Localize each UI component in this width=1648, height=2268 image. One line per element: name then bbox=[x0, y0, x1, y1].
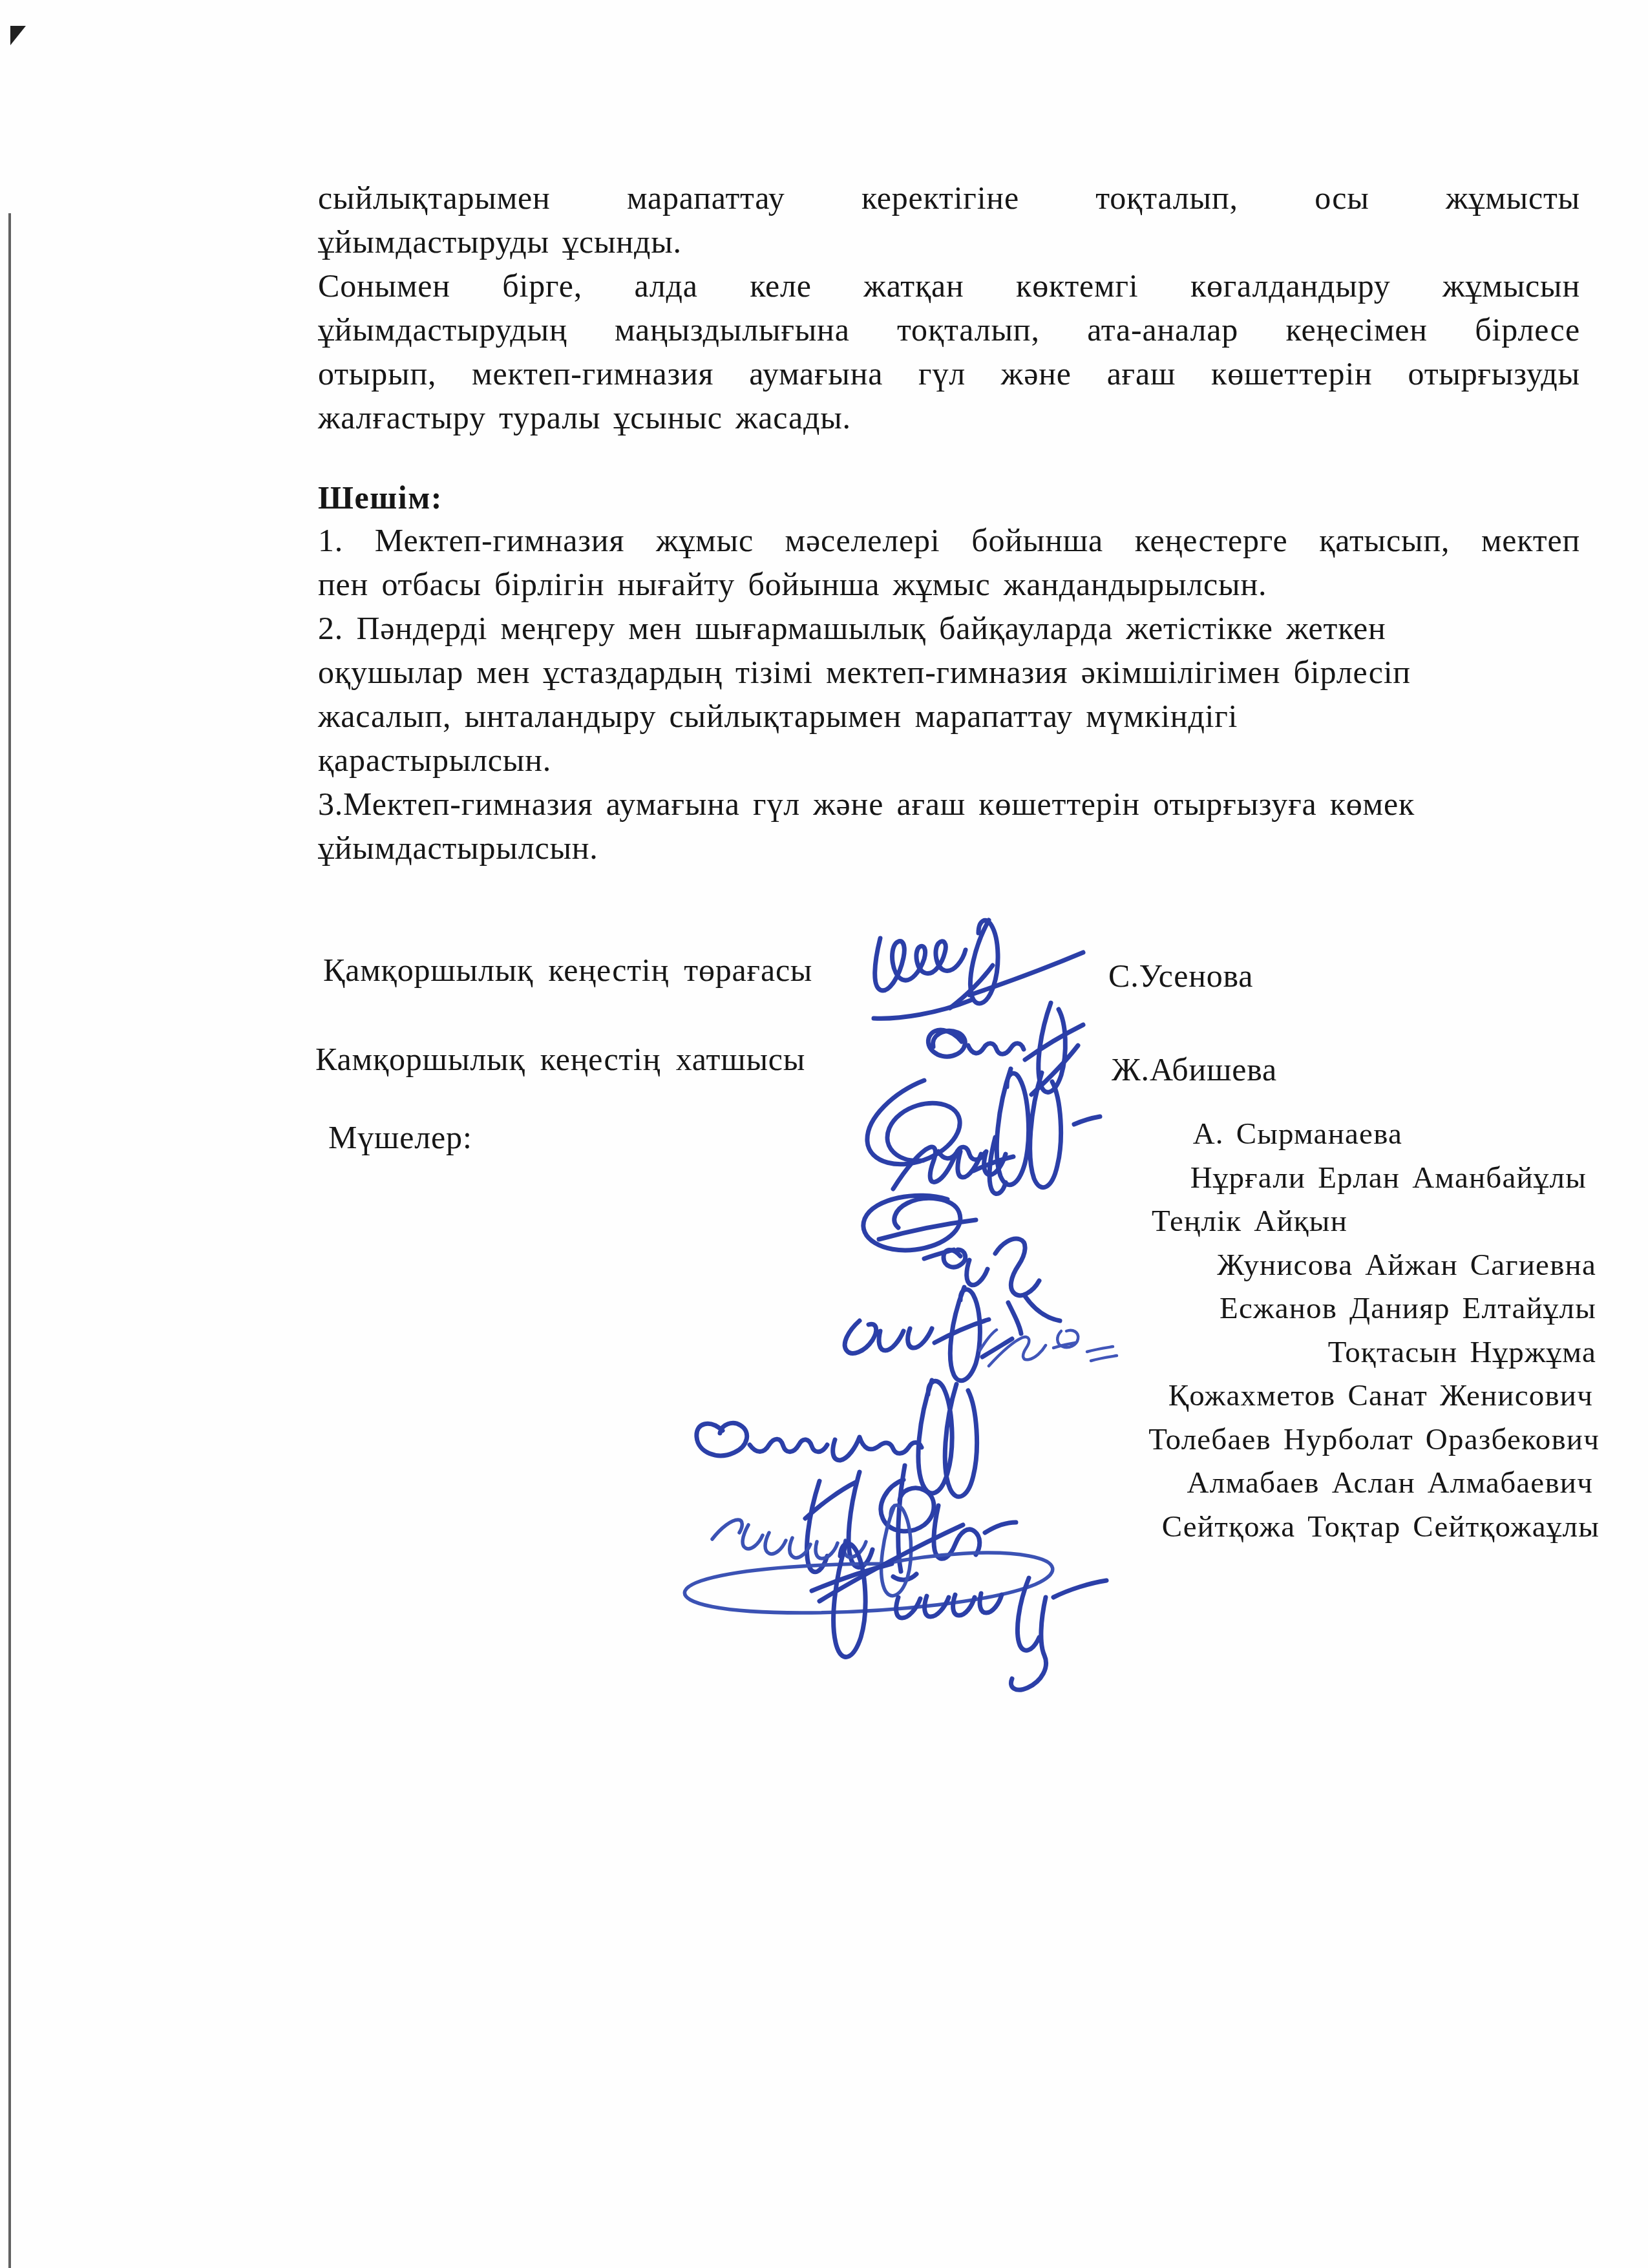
tolebaev-signature-icon bbox=[805, 1465, 1016, 1580]
member-name: Қожахметов Санат Женисович bbox=[1168, 1374, 1593, 1417]
body-line: жалғастыру туралы ұсыныс жасады. bbox=[318, 395, 1580, 439]
member-name: Тоқтасын Нұржұма bbox=[1328, 1331, 1596, 1374]
tenlik-signature-icon bbox=[863, 1195, 976, 1259]
body-line: Сонымен бірге, алда келе жатқан көктемгі… bbox=[318, 264, 1580, 308]
scan-corner-artifact-icon bbox=[10, 26, 26, 45]
toktasyn-signature-icon bbox=[980, 1330, 1117, 1366]
secretary-title: Камқоршылық кеңестің хатшысы bbox=[315, 1037, 805, 1081]
member-name: Толебаев Нурболат Оразбекович bbox=[1148, 1418, 1600, 1461]
decision-line: пен отбасы бірлігін нығайту бойынша жұмы… bbox=[318, 562, 1580, 606]
decision-line: 3.Мектеп-гимназия аумағына гүл және ағаш… bbox=[318, 782, 1580, 826]
chairman-name: С.Усенова bbox=[1108, 954, 1253, 998]
member-name: А. Сырманаева bbox=[1193, 1113, 1402, 1155]
scan-edge-line bbox=[8, 213, 11, 2268]
members-label: Мүшелер: bbox=[328, 1115, 472, 1159]
decision-line: 1. Мектеп-гимназия жұмыс мәселелері бойы… bbox=[318, 518, 1580, 562]
decision-line: ұйымдастырылсын. bbox=[318, 826, 1580, 870]
eszhanov-signature-icon bbox=[845, 1287, 1012, 1381]
nurgali-signature-icon bbox=[893, 1137, 1013, 1194]
seitkozha-signature-icon bbox=[812, 1525, 1106, 1690]
scanned-protocol-page: сыйлықтарымен марапаттау керектігіне тоқ… bbox=[0, 0, 1648, 2268]
secretary-name: Ж.Абишева bbox=[1112, 1047, 1277, 1091]
kozhakhmetov-signature-icon bbox=[697, 1380, 977, 1496]
member-name: Жунисова Айжан Сагиевна bbox=[1217, 1244, 1596, 1286]
member-name: Теңлік Айқын bbox=[1152, 1200, 1347, 1243]
member-name: Сейтқожа Тоқтар Сейтқожаұлы bbox=[1162, 1506, 1600, 1548]
body-line: сыйлықтарымен марапаттау керектігіне тоқ… bbox=[318, 176, 1580, 220]
decision-line: жасалып, ынталандыру сыйлықтарымен марап… bbox=[318, 694, 1580, 738]
chairman-title: Қамқоршылық кеңестің төрағасы bbox=[323, 948, 812, 992]
decision-line: 2. Пәндерді меңгеру мен шығармашылық бай… bbox=[318, 606, 1580, 650]
usenova-signature-icon bbox=[874, 920, 1083, 1018]
zhunisova-signature-icon bbox=[944, 1239, 1060, 1334]
member-name: Есжанов Данияр Елтайұлы bbox=[1220, 1287, 1596, 1330]
decision-line: қарастырылсын. bbox=[318, 738, 1580, 782]
abisheva-signature-icon bbox=[928, 1003, 1083, 1095]
member-name: Алмабаев Аслан Алмабаевич bbox=[1187, 1462, 1593, 1504]
decision-heading: Шешім: bbox=[318, 476, 1580, 520]
almabaev-signature-icon bbox=[684, 1506, 1052, 1613]
member-name: Нұрғали Ерлан Аманбайұлы bbox=[1190, 1157, 1587, 1199]
syrmanaeva-signature-icon bbox=[867, 1069, 1100, 1188]
body-line: ұйымдастыруды ұсынды. bbox=[318, 220, 1580, 264]
body-line: отырып, мектеп-гимназия аумағына гүл жән… bbox=[318, 352, 1580, 395]
decision-line: оқушылар мен ұстаздардың тізімі мектеп-г… bbox=[318, 650, 1580, 694]
body-line: ұйымдастырудың маңыздылығына тоқталып, а… bbox=[318, 308, 1580, 352]
